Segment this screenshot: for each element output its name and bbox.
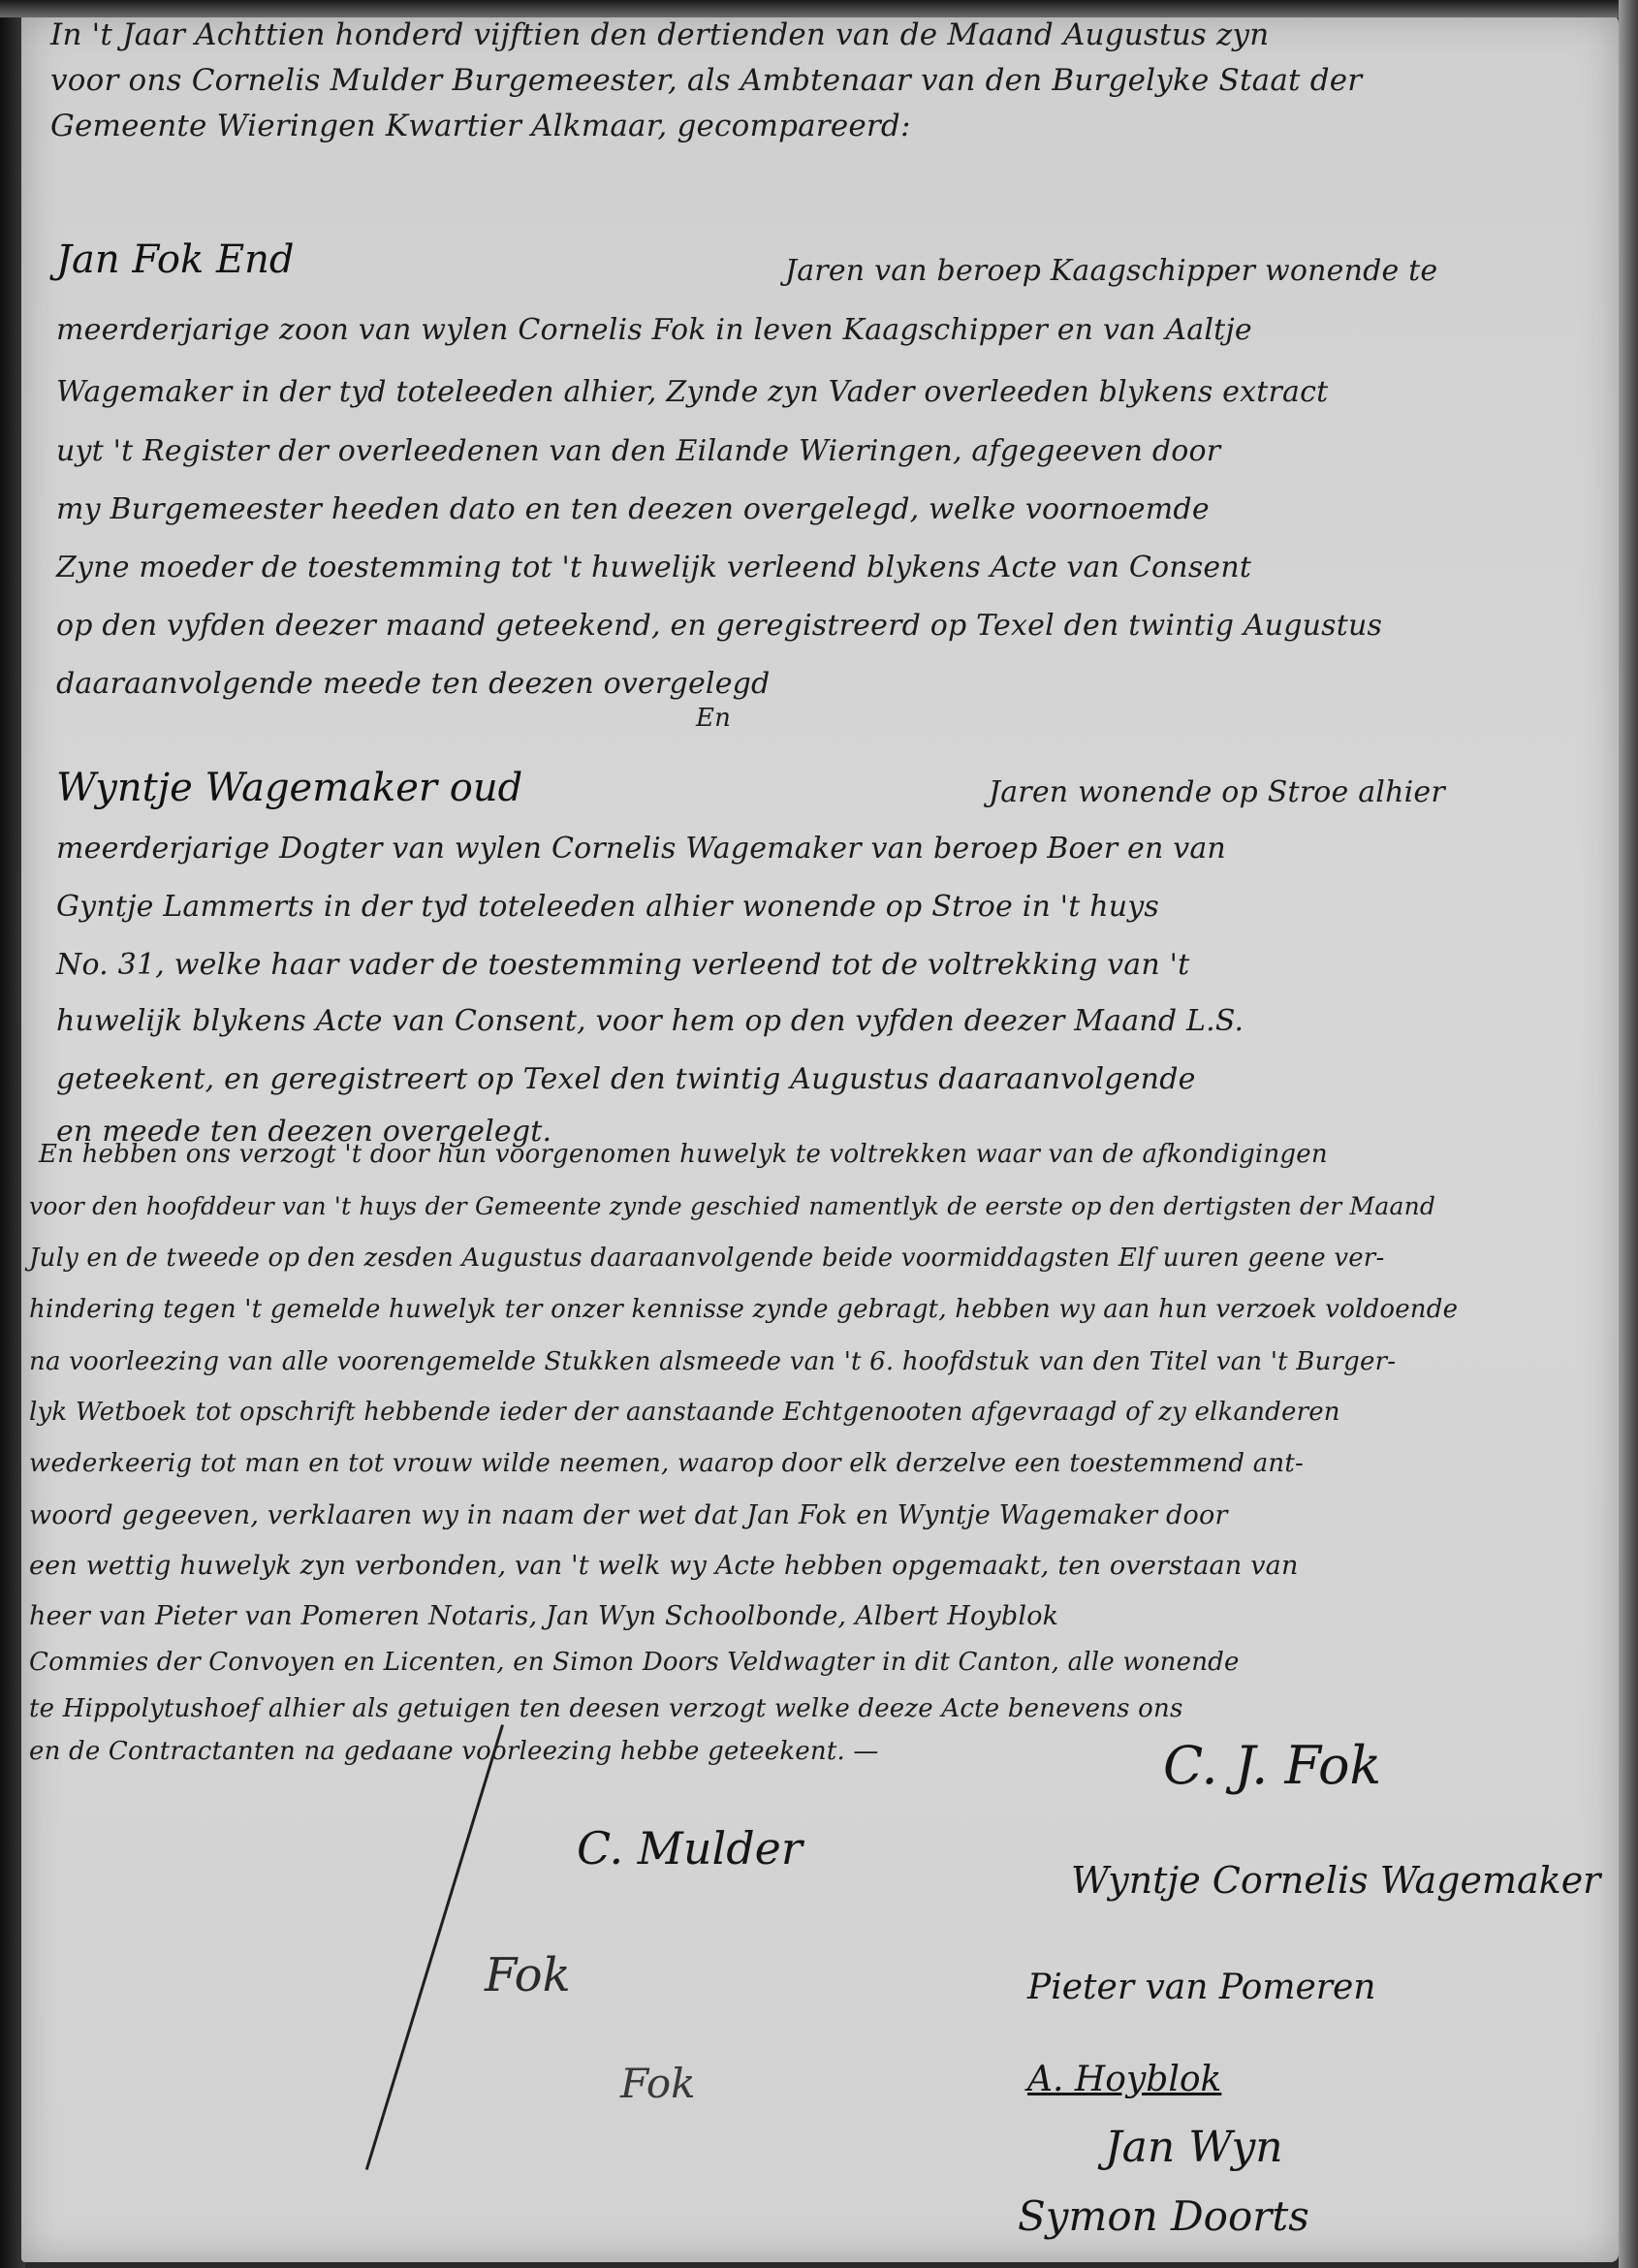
page-right-edge <box>1619 0 1638 2268</box>
intro-line: voor ons Cornelis Mulder Burgemeester, a… <box>50 63 1362 98</box>
bride-description-line: huwelijk blykens Acte van Consent, voor … <box>56 1004 1244 1038</box>
bride-description-line: meerderjarige Dogter van wylen Cornelis … <box>56 832 1226 866</box>
groom-description-line: Wagemaker in der tyd toteleeden alhier, … <box>56 375 1328 409</box>
groom-description-line: Jaren van beroep Kaagschipper wonende te <box>785 254 1437 288</box>
body-line: en de Contractanten na gedaane voorleezi… <box>29 1737 879 1766</box>
body-line: lyk Wetboek tot opschrift hebbende ieder… <box>29 1398 1340 1427</box>
body-line: July en de tweede op den zesden Augustus… <box>29 1244 1384 1273</box>
signature-mark-fok: Fok <box>620 2060 696 2107</box>
signature-bride: Wyntje Cornelis Wagemaker <box>1071 1859 1600 1902</box>
groom-description-line: meerderjarige zoon van wylen Cornelis Fo… <box>56 313 1252 347</box>
intro-line: In 't Jaar Achttien honderd vijftien den… <box>50 17 1269 52</box>
bride-description-line: Jaren wonende op Stroe alhier <box>989 775 1445 809</box>
signature-witness: Symon Doorts <box>1018 2192 1309 2240</box>
bride-description-line: Gyntje Lammerts in der tyd toteleeden al… <box>56 890 1159 924</box>
body-line: Commies der Convoyen en Licenten, en Sim… <box>29 1648 1240 1677</box>
connector-en: En <box>696 704 731 733</box>
signature-witness: Jan Wyn <box>1105 2123 1283 2172</box>
body-line: na voorleezing van alle voorengemelde St… <box>29 1347 1396 1376</box>
groom-description-line: my Burgemeester heeden dato en ten deeze… <box>56 492 1210 526</box>
groom-description-line: uyt 't Register der overleedenen van den… <box>56 434 1220 468</box>
body-line: hindering tegen 't gemelde huwelyk ter o… <box>29 1295 1458 1324</box>
signature-mark-fok: Fok <box>485 1948 571 2002</box>
page-top-edge <box>0 0 1638 17</box>
bride-description-line: No. 31, welke haar vader de toestemming … <box>56 948 1189 982</box>
groom-description-line: daaraanvolgende meede ten deezen overgel… <box>56 667 770 701</box>
signature-official: C. Mulder <box>577 1822 803 1874</box>
signature-groom: C. J. Fok <box>1163 1735 1381 1796</box>
body-line: woord gegeeven, verklaaren wy in naam de… <box>29 1500 1228 1530</box>
signature-witness: Pieter van Pomeren <box>1027 1968 1375 2007</box>
bride-name: Wyntje Wagemaker oud <box>56 766 522 810</box>
body-line: wederkeerig tot man en tot vrouw wilde n… <box>29 1449 1304 1478</box>
groom-name: Jan Fok End <box>56 237 295 282</box>
body-line: te Hippolytushoef alhier als getuigen te… <box>29 1694 1183 1723</box>
body-line: een wettig huwelyk zyn verbonden, van 't… <box>29 1551 1299 1581</box>
bride-description-line: geteekent, en geregistreert op Texel den… <box>56 1062 1196 1096</box>
groom-description-line: Zyne moeder de toestemming tot 't huweli… <box>56 551 1251 584</box>
signature-witness: A. Hoyblok <box>1027 2060 1221 2099</box>
body-line: En hebben ons verzogt 't door hun voorge… <box>39 1140 1328 1169</box>
intro-line: Gemeente Wieringen Kwartier Alkmaar, gec… <box>50 109 911 143</box>
groom-description-line: op den vyfden deezer maand geteekend, en… <box>56 609 1382 643</box>
body-line: voor den hoofddeur van 't huys der Gemee… <box>29 1192 1435 1220</box>
body-line: heer van Pieter van Pomeren Notaris, Jan… <box>29 1601 1058 1631</box>
